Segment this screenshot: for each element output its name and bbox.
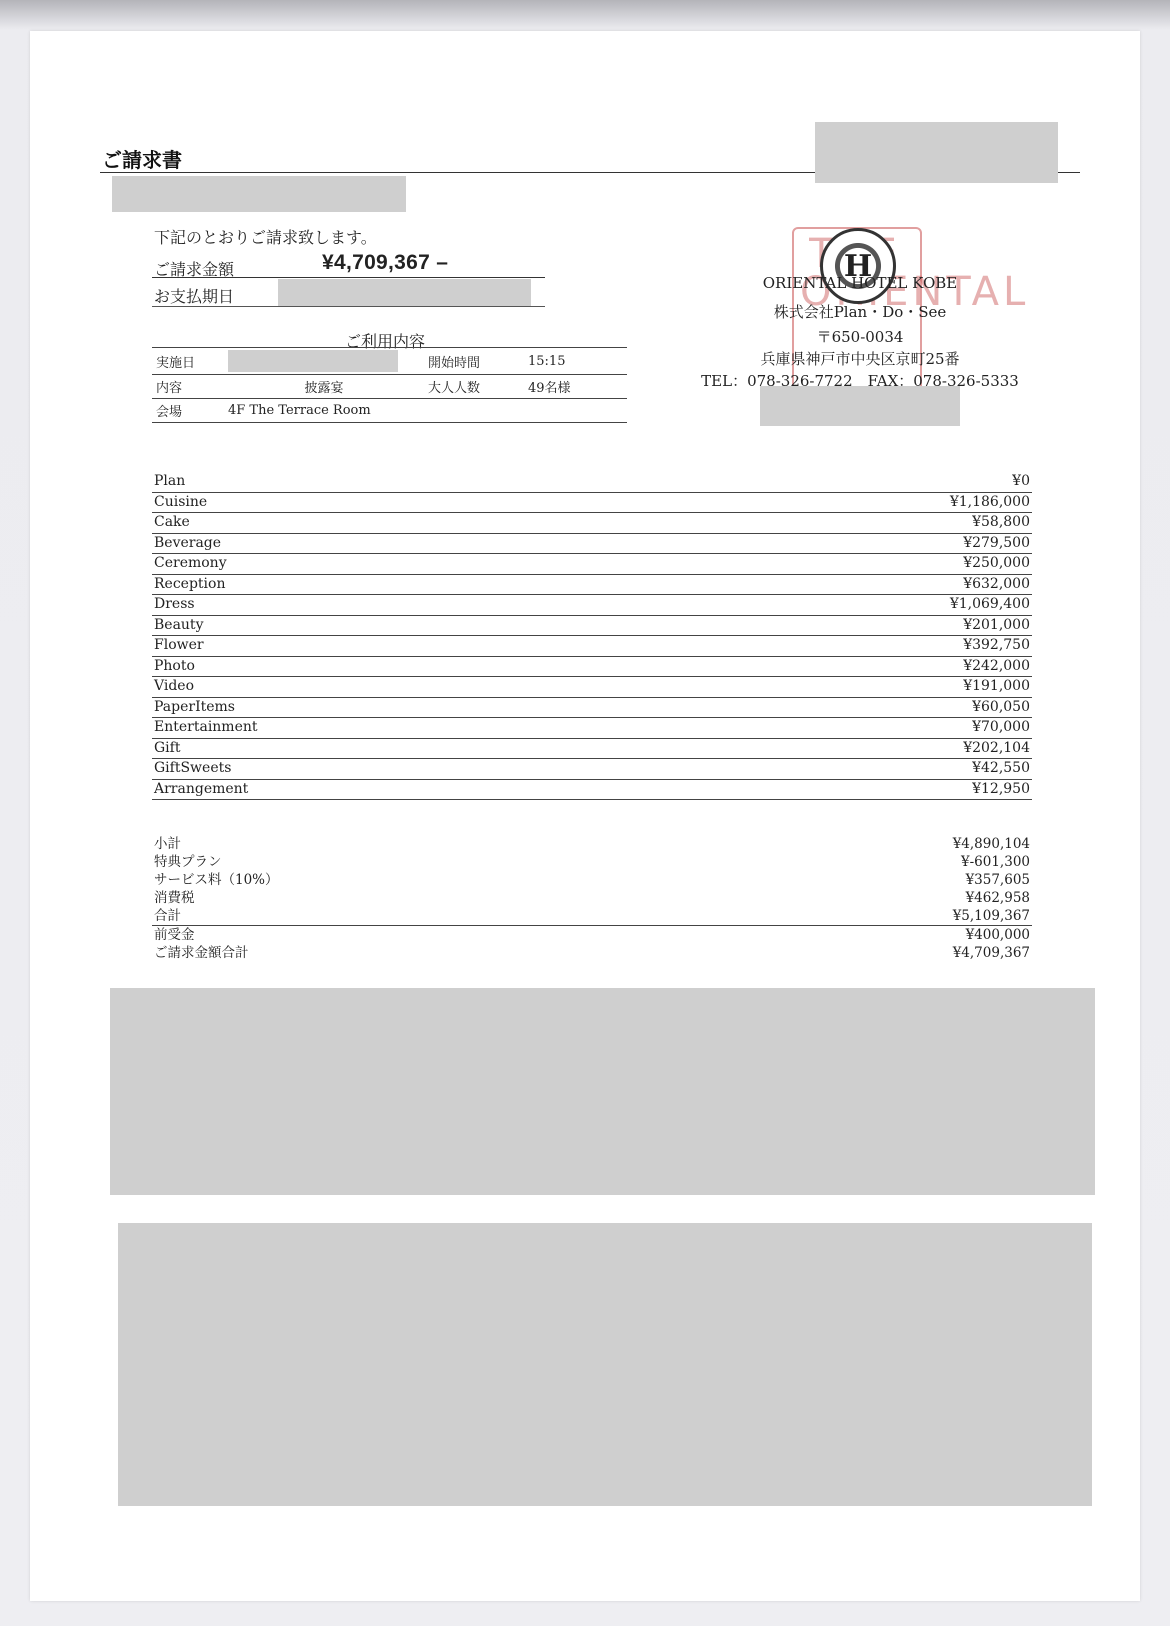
- usage-row: 会場 4F The Terrace Room: [152, 399, 627, 423]
- total-amount: ¥400,000: [691, 926, 1032, 945]
- hotel-company: 株式会社Plan・Do・See: [660, 298, 1060, 327]
- line-item-amount: ¥0: [646, 472, 1032, 492]
- total-label: ご請求金額合計: [152, 944, 691, 962]
- line-item-amount: ¥202,104: [646, 738, 1032, 759]
- redacted-block: [118, 1223, 1092, 1506]
- line-items-table: Plan¥0Cuisine¥1,186,000Cake¥58,800Bevera…: [152, 472, 1032, 800]
- usage-label: 実施日: [152, 348, 224, 375]
- line-item-amount: ¥250,000: [646, 554, 1032, 575]
- line-item-label: Flower: [152, 636, 646, 657]
- line-item-label: Video: [152, 677, 646, 698]
- total-row: 消費税¥462,958: [152, 889, 1032, 907]
- total-row: 合計¥5,109,367: [152, 907, 1032, 926]
- total-label: 前受金: [152, 926, 691, 945]
- amount-underline: [152, 277, 545, 278]
- line-item-label: PaperItems: [152, 697, 646, 718]
- total-amount: ¥4,709,367: [691, 944, 1032, 962]
- total-row: 特典プラン¥-601,300: [152, 853, 1032, 871]
- line-item-row: Flower¥392,750: [152, 636, 1032, 657]
- line-item-label: Photo: [152, 656, 646, 677]
- line-item-label: Reception: [152, 574, 646, 595]
- usage-row: 実施日 開始時間 15:15: [152, 348, 627, 375]
- usage-label: 開始時間: [424, 348, 524, 375]
- line-item-label: Beauty: [152, 615, 646, 636]
- total-amount: ¥-601,300: [691, 853, 1032, 871]
- total-amount: ¥5,109,367: [691, 907, 1032, 926]
- usage-value: 15:15: [524, 348, 627, 375]
- line-item-amount: ¥242,000: [646, 656, 1032, 677]
- redacted-due-date: [278, 279, 531, 306]
- line-item-label: Plan: [152, 472, 646, 492]
- total-row: ご請求金額合計¥4,709,367: [152, 944, 1032, 962]
- line-item-row: Ceremony¥250,000: [152, 554, 1032, 575]
- line-item-row: Cake¥58,800: [152, 513, 1032, 534]
- redacted-block: [815, 122, 1058, 183]
- line-item-label: Beverage: [152, 533, 646, 554]
- line-item-amount: ¥191,000: [646, 677, 1032, 698]
- total-row: サービス料（10%）¥357,605: [152, 871, 1032, 889]
- line-item-amount: ¥60,050: [646, 697, 1032, 718]
- line-item-label: Gift: [152, 738, 646, 759]
- line-item-amount: ¥392,750: [646, 636, 1032, 657]
- total-label: 小計: [152, 835, 691, 853]
- line-item-row: Cuisine¥1,186,000: [152, 492, 1032, 513]
- line-item-row: Entertainment¥70,000: [152, 718, 1032, 739]
- total-row: 前受金¥400,000: [152, 926, 1032, 945]
- line-item-label: GiftSweets: [152, 759, 646, 780]
- document-title: ご請求書: [102, 144, 182, 173]
- line-item-label: Arrangement: [152, 779, 646, 800]
- redacted-block: [110, 988, 1095, 1195]
- usage-label: 内容: [152, 375, 224, 399]
- totals-table: 小計¥4,890,104特典プラン¥-601,300サービス料（10%）¥357…: [152, 835, 1032, 962]
- line-item-label: Dress: [152, 595, 646, 616]
- line-item-row: Arrangement¥12,950: [152, 779, 1032, 800]
- line-item-amount: ¥279,500: [646, 533, 1032, 554]
- redacted-contact: [760, 386, 960, 426]
- line-item-row: Dress¥1,069,400: [152, 595, 1032, 616]
- redacted-date: [228, 350, 398, 372]
- line-item-label: Cake: [152, 513, 646, 534]
- due-date-underline: [152, 306, 545, 307]
- total-amount: ¥357,605: [691, 871, 1032, 889]
- line-item-label: Entertainment: [152, 718, 646, 739]
- total-row: 小計¥4,890,104: [152, 835, 1032, 853]
- usage-row: 内容 披露宴 大人人数 49名様: [152, 375, 627, 399]
- intro-text: 下記のとおりご請求致します。: [154, 225, 377, 248]
- line-item-amount: ¥70,000: [646, 718, 1032, 739]
- usage-label: 大人人数: [424, 375, 524, 399]
- total-label: サービス料（10%）: [152, 871, 691, 889]
- total-label: 特典プラン: [152, 853, 691, 871]
- line-item-label: Ceremony: [152, 554, 646, 575]
- line-item-row: GiftSweets¥42,550: [152, 759, 1032, 780]
- usage-table: 実施日 開始時間 15:15 内容 披露宴 大人人数 49名様 会場 4F Th…: [152, 347, 627, 423]
- hotel-address: 兵庫県神戸市中央区京町25番: [660, 347, 1060, 371]
- line-item-amount: ¥1,069,400: [646, 595, 1032, 616]
- total-label: 合計: [152, 907, 691, 926]
- hotel-postal: 〒650-0034: [660, 327, 1060, 347]
- line-item-row: Video¥191,000: [152, 677, 1032, 698]
- hotel-name: ORIENTAL HOTEL KOBE: [660, 269, 1060, 298]
- hotel-info: ORIENTAL HOTEL KOBE 株式会社Plan・Do・See 〒650…: [660, 269, 1060, 391]
- invoice-page: ご請求書 下記のとおりご請求致します。 ご請求金額 ¥4,709,367 – お…: [30, 31, 1140, 1601]
- line-item-row: Photo¥242,000: [152, 656, 1032, 677]
- line-item-row: Gift¥202,104: [152, 738, 1032, 759]
- line-item-row: Beauty¥201,000: [152, 615, 1032, 636]
- usage-value: 4F The Terrace Room: [224, 399, 627, 423]
- line-item-amount: ¥58,800: [646, 513, 1032, 534]
- line-item-row: Plan¥0: [152, 472, 1032, 492]
- line-item-row: PaperItems¥60,050: [152, 697, 1032, 718]
- total-label: 消費税: [152, 889, 691, 907]
- line-item-row: Beverage¥279,500: [152, 533, 1032, 554]
- line-item-amount: ¥201,000: [646, 615, 1032, 636]
- amount-value: ¥4,709,367 –: [322, 251, 448, 275]
- usage-label: 会場: [152, 399, 224, 423]
- usage-value: 披露宴: [224, 375, 424, 399]
- line-item-row: Reception¥632,000: [152, 574, 1032, 595]
- line-item-label: Cuisine: [152, 492, 646, 513]
- line-item-amount: ¥42,550: [646, 759, 1032, 780]
- line-item-amount: ¥1,186,000: [646, 492, 1032, 513]
- line-item-amount: ¥632,000: [646, 574, 1032, 595]
- line-item-amount: ¥12,950: [646, 779, 1032, 800]
- usage-value: 49名様: [524, 375, 627, 399]
- due-date-label: お支払期日: [154, 284, 234, 307]
- total-amount: ¥4,890,104: [691, 835, 1032, 853]
- redacted-recipient: [112, 176, 406, 212]
- total-amount: ¥462,958: [691, 889, 1032, 907]
- usage-value: [224, 348, 424, 375]
